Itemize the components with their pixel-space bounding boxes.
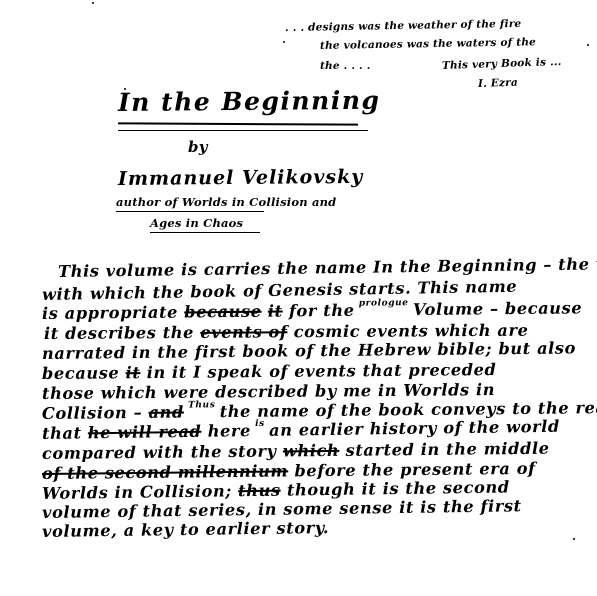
inserted-text: Thus — [188, 400, 215, 410]
line-text: volume, a key to earlier story. — [42, 518, 329, 541]
struck-text: he will read — [88, 422, 202, 443]
scan-speck — [92, 2, 94, 4]
scan-speck — [587, 44, 589, 46]
line-text: started in the middle — [339, 439, 549, 460]
margin-note-line: . . . designs was the weather of the fir… — [285, 18, 522, 34]
inserted-text: prologue — [359, 298, 409, 309]
struck-text: and — [148, 403, 184, 422]
credit-underline — [116, 211, 264, 212]
struck-text: which — [283, 441, 340, 461]
struck-text: because — [184, 302, 262, 322]
margin-note-signature: I. Ezra — [478, 77, 518, 90]
manuscript-line: because it in it I speak of events that … — [42, 360, 497, 383]
line-text: an earlier history of the world — [263, 417, 560, 440]
credit-underline — [150, 232, 260, 233]
line-text: here — [201, 421, 257, 441]
line-text: Collision – — [42, 403, 149, 423]
struck-text: thus — [238, 481, 281, 501]
title-underline — [118, 122, 358, 125]
byline: by — [188, 138, 208, 156]
struck-text: events of — [200, 322, 287, 342]
author-name: Immanuel Velikovsky — [118, 166, 363, 190]
author-credit: author of Worlds in Collision and — [116, 195, 336, 209]
title-underline — [118, 130, 368, 131]
scan-speck — [124, 88, 126, 90]
author-credit: Ages in Chaos — [150, 216, 243, 230]
struck-text: of the second millennium — [42, 461, 288, 483]
line-text: compared with the story — [42, 441, 283, 463]
line-text: is appropriate — [42, 303, 184, 323]
margin-note-line: the volcanoes was the waters of the — [320, 36, 536, 52]
line-text: for the — [283, 301, 361, 321]
manuscript-page: . . . designs was the weather of the fir… — [0, 0, 597, 596]
scan-speck — [573, 538, 575, 540]
margin-note-line: the . . . . — [320, 60, 371, 72]
struck-text: it — [126, 363, 141, 382]
line-text: that — [42, 423, 88, 443]
line-text: because — [42, 363, 126, 383]
line-text: it describes the — [44, 323, 200, 343]
inserted-text: is — [255, 419, 265, 429]
margin-note-line: This very Book is ... — [442, 56, 562, 72]
manuscript-title: In the Beginning — [118, 86, 381, 117]
line-text: Volume – because — [407, 298, 583, 319]
line-text: cosmic events which are — [287, 321, 528, 342]
struck-text: it — [268, 301, 283, 320]
line-text: in it I speak of events that preceded — [140, 360, 496, 382]
scan-speck — [283, 41, 285, 43]
manuscript-line: volume, a key to earlier story. — [42, 518, 329, 541]
